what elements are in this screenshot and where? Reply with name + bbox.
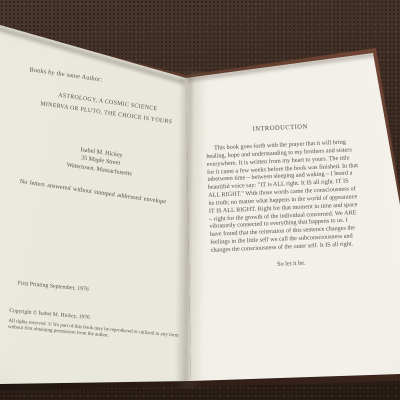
letters-note-line: No letters answered without stamped addr…	[19, 178, 166, 205]
copyright-line: Copyright © Isabel M. Hickey, 1976	[9, 308, 90, 321]
closing-line: So let it be.	[211, 257, 371, 271]
books-by-author-line: Books by the same Author:	[29, 66, 103, 83]
printing-line: First Printing September, 1976	[17, 281, 89, 293]
other-titles-list: ASTROLOGY, A COSMIC SCIENCEMINERVA OR PL…	[28, 87, 185, 130]
open-book-photo: Books by the same Author: ASTROLOGY, A C…	[0, 0, 400, 400]
introduction-paragraph: This book goes forth with the prayer tha…	[206, 138, 362, 255]
left-page-upper-text: Books by the same Author: ASTROLOGY, A C…	[9, 66, 207, 230]
introduction-text-block: INTRODUCTION This book goes forth with t…	[205, 118, 384, 286]
rights-notice: All rights reserved. © No part of this b…	[8, 319, 184, 347]
introduction-heading: INTRODUCTION	[205, 121, 355, 135]
left-page-lower-text: First Printing September, 1976 Copyright…	[6, 280, 201, 366]
author-address-block: Isabel M. Hickey35 Maple StreetWatertown…	[44, 141, 156, 181]
